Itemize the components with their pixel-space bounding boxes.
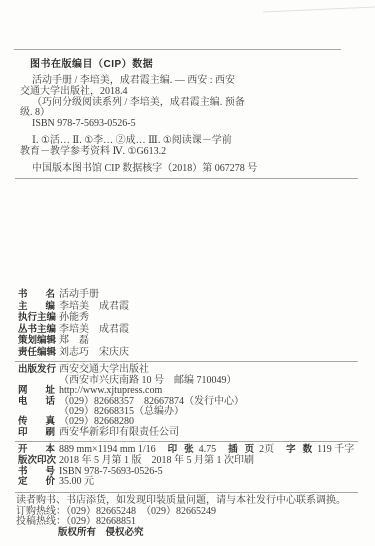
info-row: 执行主编孙能秀: [18, 312, 359, 324]
phone-number: （029）82668357 82667874（发行中心）: [59, 396, 244, 407]
cip-isbn: ISBN 978-7-5693-0526-5: [20, 119, 359, 130]
field-value: 活动手册: [59, 289, 99, 300]
info-row: 主编李培美 成君霞: [18, 301, 359, 313]
website-url: http://www.xjtupress.com: [59, 385, 162, 396]
cip-line: 交通大学出版社，2018.4: [20, 87, 359, 98]
editors-block: 书名活动手册 主编李培美 成君霞 执行主编孙能秀 丛书主编李培美 成君霞 策划编…: [18, 289, 359, 358]
field-label: 定价: [18, 477, 55, 488]
cip-line: （巧问分级阅读系列 / 李培美，成君霞主编. 预备: [20, 98, 359, 109]
cip-classification: 教育－教学参考资料 Ⅳ. ①G613.2: [20, 147, 359, 158]
divider: [15, 361, 358, 362]
field-value: 2018 年 5 月第 1 版 2018 年 5 月第 1 次印刷: [59, 455, 254, 466]
field-label: 策划编辑: [18, 335, 55, 347]
field-label: 主编: [18, 301, 55, 313]
price-value: 35.00 元: [59, 476, 94, 487]
field-label: 出版发行: [18, 365, 55, 375]
field-value: 119 千字: [317, 444, 354, 455]
print-spec-block: 开本889 mm×1194 mm 1/16印张4.75插页2页字数119 千字 …: [18, 445, 359, 488]
info-row: 印刷西安华新彩印有限责任公司: [18, 428, 359, 438]
isbn-value: ISBN 978-7-5693-0526-5: [59, 466, 163, 477]
field-label: 书名: [18, 289, 55, 301]
fax-number: （029）82668280: [59, 416, 134, 427]
info-row: 定价35.00 元: [18, 477, 359, 488]
divider: [15, 441, 358, 442]
field-value: 刘志巧 宋庆庆: [59, 347, 129, 358]
info-row: 书名活动手册: [18, 289, 359, 301]
field-value: 2页: [259, 444, 274, 455]
field-value: 郑 磊: [59, 335, 89, 346]
field-label: 执行主编: [18, 312, 55, 324]
field-label: 丛书主编: [18, 324, 55, 336]
divider-top: [14, 49, 341, 50]
cip-header: 图书在版编目（CIP）数据: [18, 55, 359, 70]
divider: [15, 492, 358, 493]
field-value: 西安华新彩印有限责任公司: [59, 427, 179, 438]
scan-artifact-line: [263, 7, 375, 13]
publisher-block: 出版发行西安交通大学出版社 （西安市兴庆南路 10 号 邮编 710049） 网…: [18, 365, 359, 438]
field-value: 孙能秀: [59, 312, 89, 323]
field-value: 李培美 成君霞: [59, 324, 129, 335]
info-row: 责任编辑刘志巧 宋庆庆: [18, 347, 359, 359]
field-label: 印刷: [18, 428, 55, 438]
reader-notes-block: 读者购书、书店添货，如发现印装质量问题，请与本社发行中心联系调换。 订购热线：（…: [16, 496, 359, 538]
info-row: 丛书主编李培美 成君霞: [18, 324, 359, 336]
divider: [15, 178, 358, 179]
field-label: 责任编辑: [18, 347, 55, 359]
cip-data-block: 活动手册 / 李培美，成君霞主编. — 西安 : 西安 交通大学出版社，2018…: [20, 76, 359, 174]
field-value: 西安交通大学出版社: [59, 364, 149, 375]
field-label: 电话: [18, 397, 55, 407]
copyright-notice: 版权所有 侵权必究: [58, 528, 359, 539]
cip-record-number: 中国版本图书馆 CIP 数据核字（2018）第 067278 号: [20, 164, 359, 175]
copyright-page: 图书在版编目（CIP）数据 活动手册 / 李培美，成君霞主编. — 西安 : 西…: [0, 49, 375, 538]
field-value: 李培美 成君霞: [59, 301, 129, 312]
field-value: 889 mm×1194 mm 1/16: [59, 444, 156, 455]
field-value: 4.75: [199, 444, 217, 455]
field-label: 字数: [286, 445, 312, 456]
info-row: 策划编辑郑 磊: [18, 335, 359, 347]
